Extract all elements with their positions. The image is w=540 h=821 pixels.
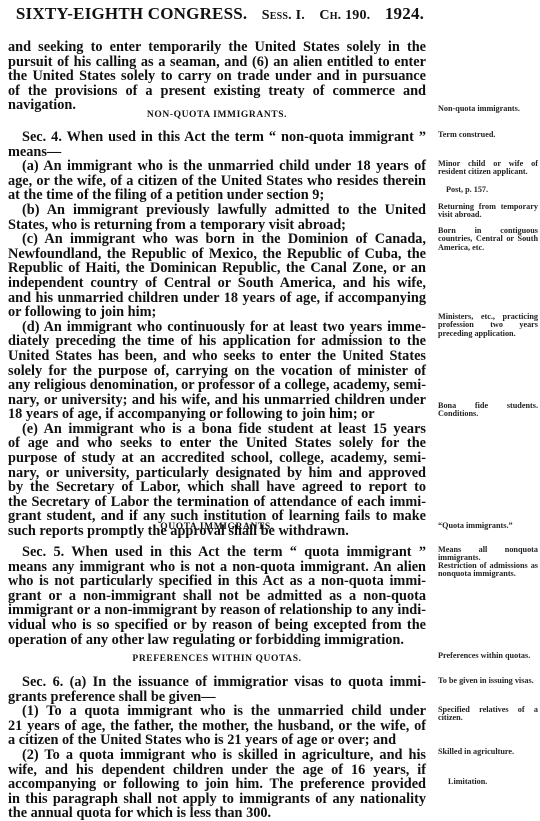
margin-note: Restriction of admissions as nonquota im… [438, 562, 538, 579]
text-line: wife, and his dependent children under t… [8, 763, 426, 778]
text-line: the Secretary of Labor the termination o… [8, 495, 426, 510]
text-line: Republic of Haiti, the Dominican Republi… [8, 261, 426, 276]
text-line: (a) An immigrant who is the unmarried ch… [8, 159, 426, 174]
text-line: grants preference shall be given— [8, 690, 426, 705]
text-line: means any immigrant who is not a non-quo… [8, 560, 426, 575]
congress-title: SIXTY-EIGHTH CONGRESS. [16, 4, 247, 23]
margin-note: Post, p. 157. [438, 186, 540, 194]
margin-note: To be given in issuing visas. [438, 677, 538, 685]
margin-note: Limitation. [438, 778, 540, 786]
heading-nonquota: NON-QUOTA IMMIGRANTS. [8, 110, 426, 120]
text-line: (1) To a quota immigrant who is the unma… [8, 704, 426, 719]
text-line: immigrant or a non-immigrant by reason o… [8, 603, 426, 618]
text-line: or following to join him; [8, 305, 426, 320]
section-6: Sec. 6. (a) In the issuance of immigrati… [8, 675, 426, 821]
margin-note: Preferences within quotas. [438, 652, 538, 660]
section-4: Sec. 4. When used in this Act the term “… [8, 130, 426, 539]
text-line: at the time of the filing of a petition … [8, 188, 426, 203]
margin-note: Term construed. [438, 131, 538, 139]
text-line: and his unmarried children under 18 year… [8, 291, 426, 306]
text-line: (c) An immigrant who was born in the Dom… [8, 232, 426, 247]
text-line: diately preceding the time of his applic… [8, 334, 426, 349]
statute-page: SIXTY-EIGHTH CONGRESS. Sess. I. Ch. 190.… [0, 0, 540, 821]
margin-note: Specified relatives of a citizen. [438, 706, 538, 723]
margin-note: Returning from temporary visit abroad. [438, 203, 538, 220]
text-line: nary, or university, particularly design… [8, 466, 426, 481]
margin-note: Born in contiguous countries, Central or… [438, 227, 538, 252]
margin-note: Bona fide students. Conditions. [438, 402, 538, 419]
margin-note: Skilled in agriculture. [438, 748, 538, 756]
text-line: grant or a non-immigrant shall not be ad… [8, 589, 426, 604]
text-line: accompanying or following to join him. T… [8, 777, 426, 792]
text-line: 18 years of age, if accompanying or foll… [8, 407, 426, 422]
text-line: United States has been, and who seeks to… [8, 349, 426, 364]
text-line: purpose of study at an accredited school… [8, 451, 426, 466]
text-line: pursuit of his calling as a seaman, and … [8, 55, 426, 70]
text-line: (d) An immigrant who continuously for at… [8, 320, 426, 335]
heading-preferences: PREFERENCES WITHIN QUOTAS. [8, 654, 426, 664]
text-line: operation of any other law regulating or… [8, 633, 426, 648]
margin-note: Ministers, etc., practicing profession t… [438, 313, 538, 338]
text-line: independent country of Central or South … [8, 276, 426, 291]
text-line: of the provisions of a present existing … [8, 84, 426, 99]
margin-note: “Quota immigrants.” [438, 522, 538, 530]
text-line: (b) An immigrant previously lawfully adm… [8, 203, 426, 218]
text-line: solely for the purpose of, carrying on t… [8, 364, 426, 379]
page-header: SIXTY-EIGHTH CONGRESS. Sess. I. Ch. 190.… [0, 4, 440, 24]
year-label: 1924. [385, 4, 424, 23]
text-line: of age and who seeks to enter the United… [8, 436, 426, 451]
text-line: the United States solely to carry on tra… [8, 69, 426, 84]
text-line: 21 years of age, the father, the mother,… [8, 719, 426, 734]
intro-paragraph: and seeking to enter temporarily the Uni… [8, 40, 426, 113]
text-line: means— [8, 145, 426, 160]
text-line: the annual quota for which is less than … [8, 806, 426, 821]
session-label: Sess. I. [262, 8, 305, 23]
section-5: Sec. 5. When used in this Act the term “… [8, 545, 426, 647]
margin-note: Non-quota immigrants. [438, 105, 538, 113]
text-line: Newfoundland, the Republic of Mexico, th… [8, 247, 426, 262]
text-line: a citizen of the United States who is 21… [8, 733, 426, 748]
text-line: States, who is returning from a temporar… [8, 218, 426, 233]
chapter-label: Ch. 190. [319, 8, 370, 23]
text-line: Sec. 6. (a) In the issuance of immigrati… [8, 675, 426, 690]
text-line: who is not particularly specified in thi… [8, 574, 426, 589]
text-line: any religious denomination, or professor… [8, 378, 426, 393]
text-line: by the Secretary of Labor, which shall h… [8, 480, 426, 495]
text-line: and seeking to enter temporarily the Uni… [8, 40, 426, 55]
heading-quota: QUOTA IMMIGRANTS. [8, 522, 426, 532]
text-line: vidual who is so specified or by reason … [8, 618, 426, 633]
text-line: Sec. 5. When used in this Act the term “… [8, 545, 426, 560]
text-line: (2) To a quota immigrant who is skilled … [8, 748, 426, 763]
text-line: Sec. 4. When used in this Act the term “… [8, 130, 426, 145]
text-line: in this paragraph shall not apply to imm… [8, 792, 426, 807]
text-line: nary, or university; and his wife, and h… [8, 393, 426, 408]
text-line: (e) An immigrant who is a bona fide stud… [8, 422, 426, 437]
text-line: age, or the wife, of a citizen of the Un… [8, 174, 426, 189]
margin-note: Minor child or wife of resident citizen … [438, 160, 538, 177]
